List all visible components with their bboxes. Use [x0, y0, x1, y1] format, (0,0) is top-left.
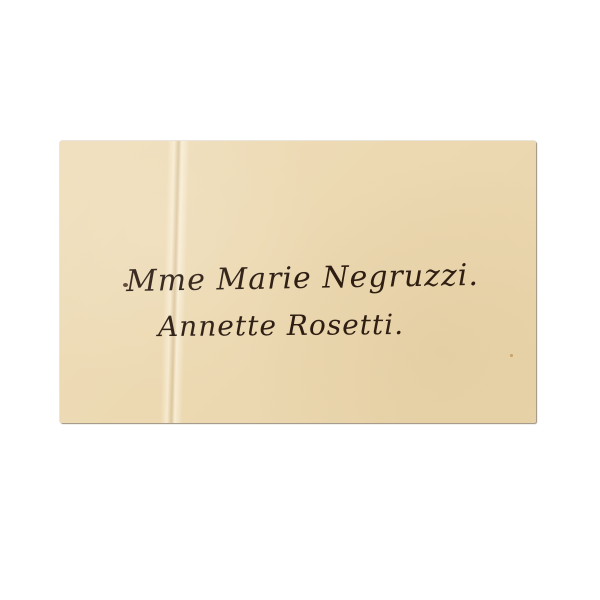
calling-card: Mme Marie Negruzzi. Annette Rosetti.: [60, 141, 536, 423]
handwritten-line-1: Mme Marie Negruzzi.: [126, 258, 479, 299]
handwritten-line-2: Annette Rosetti.: [158, 308, 404, 343]
paper-stain: [510, 354, 513, 357]
